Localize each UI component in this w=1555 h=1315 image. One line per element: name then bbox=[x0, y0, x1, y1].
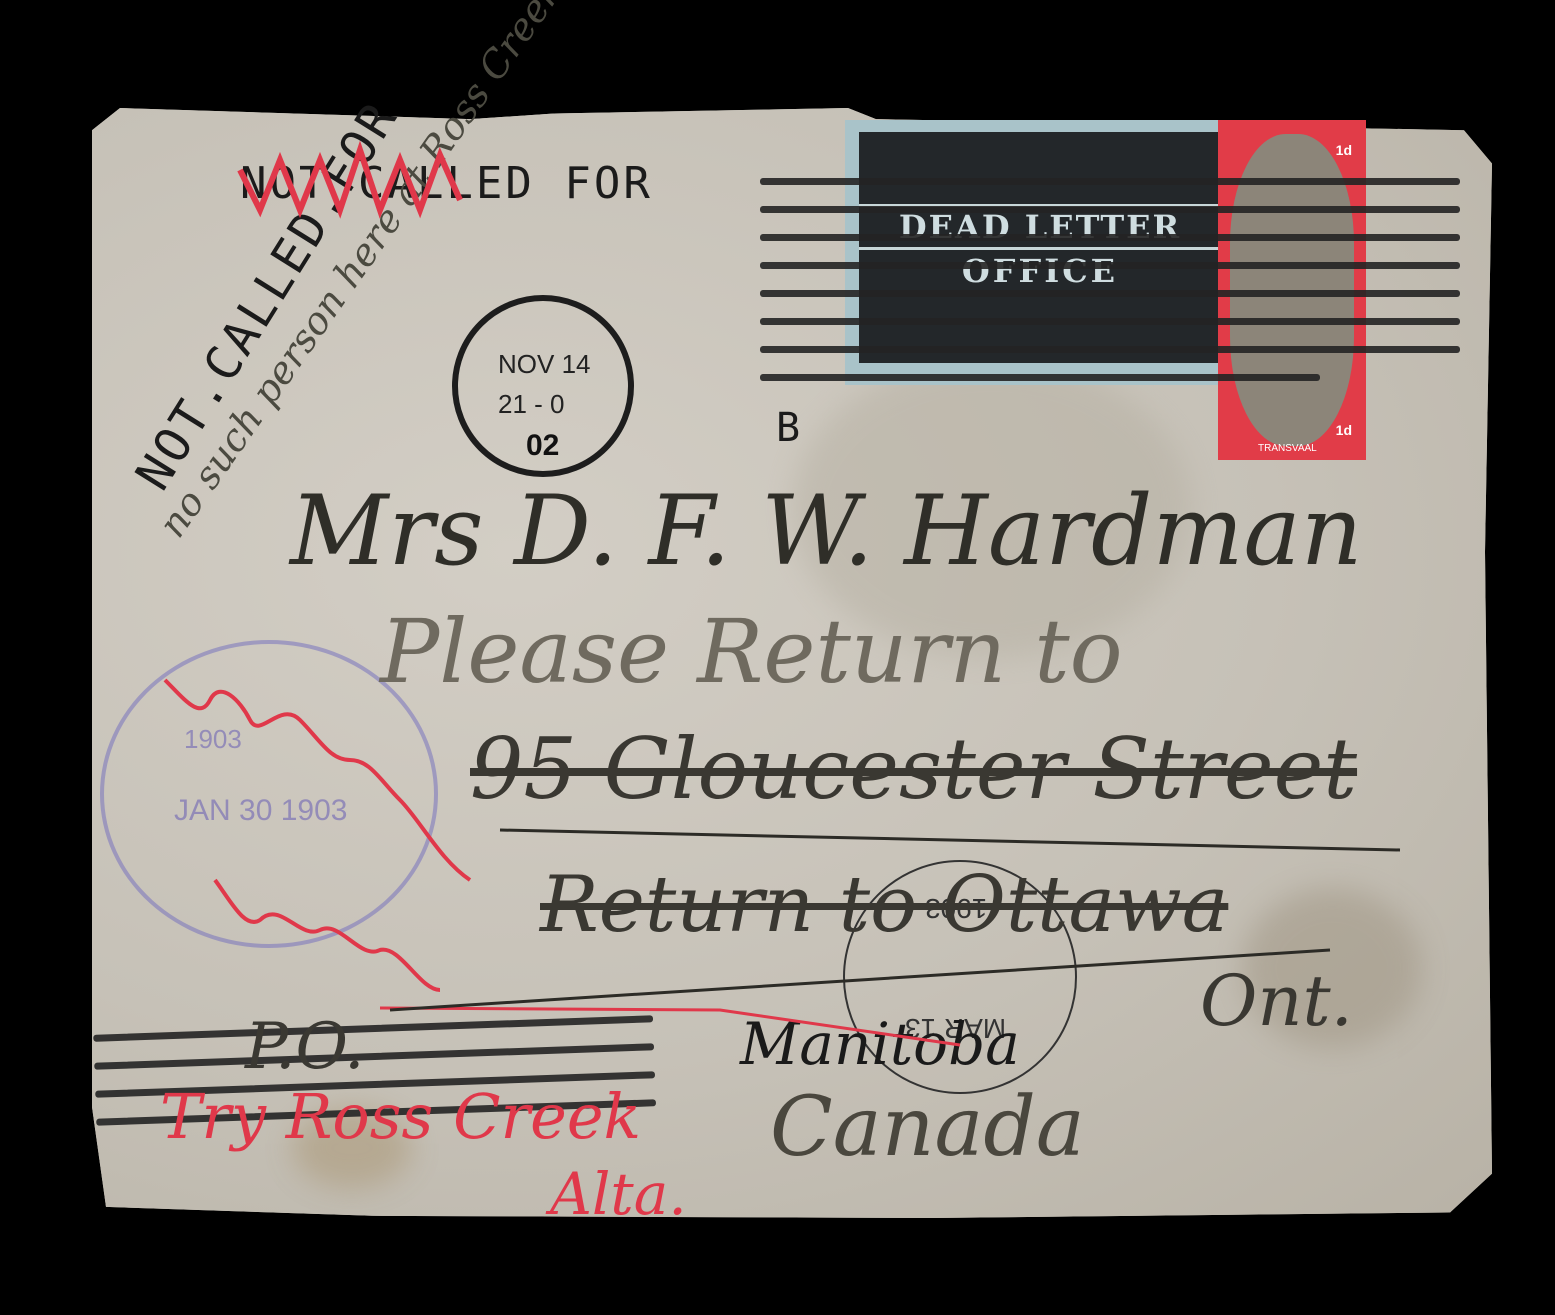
red-scribbles bbox=[0, 0, 1555, 1315]
